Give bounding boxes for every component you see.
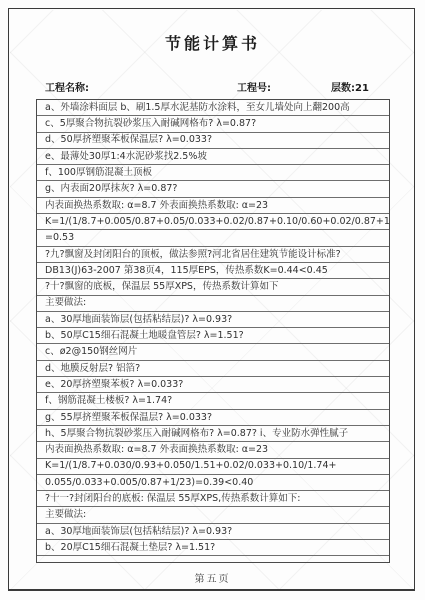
table-row: 主要做法: [37,507,389,523]
table-row: ?九?飘窗及封闭阳台的顶板，做法参照?河北省居住建筑节能设计标准? [37,247,389,263]
calculation-table: a、外墙涂料面层 b、刷1.5厚水泥基防水涂料，至女儿墙处向上翻200高c、5厚… [36,99,390,563]
table-row: d、50厚挤塑聚苯板保温层? λ=0.033? [37,133,389,149]
table-row: a、30厚地面装饰层(包括粘结层)? λ=0.93? [37,524,389,540]
floor-count-label: 层数:21 [331,79,369,94]
table-row: 主要做法: [37,296,389,312]
table-row [37,556,389,562]
table-row: K=1/(1/8.7+0.005/0.87+0.05/0.033+0.02/0.… [37,214,389,230]
table-row: f、100厚钢筋混凝土顶板 [37,165,389,181]
table-row: f、钢筋混凝土楼板? λ=1.74? [37,393,389,409]
table-row: c、5厚聚合物抗裂砂浆压入耐碱网格布? λ=0.87? [37,116,389,132]
table-row: g、55厚挤塑聚苯板保温层? λ=0.033? [37,410,389,426]
document-title: 节能计算书 [0,31,425,54]
table-row: a、外墙涂料面层 b、刷1.5厚水泥基防水涂料，至女儿墙处向上翻200高 [37,100,389,116]
table-row: K=1/(1/8.7+0.030/0.93+0.050/1.51+0.02/0.… [37,459,389,475]
table-row: c、ø2@150钢丝网片 [37,344,389,360]
table-row: d、地膜反射层? 铝箔? [37,361,389,377]
page-number: 第五页 [0,570,425,585]
table-row: 0.055/0.033+0.005/0.87+1/23)=0.39<0.40 [37,475,389,491]
table-row: DB13(J)63-2007 第38页4，115厚EPS，传热系数K=0.44<… [37,263,389,279]
table-row: b、50厚C15细石混凝土地暖盘管层? λ=1.51? [37,328,389,344]
table-row: a、30厚地面装饰层(包括粘结层)? λ=0.93? [37,312,389,328]
table-row: =0.53 [37,230,389,246]
table-row: b、20厚C15细石混凝土垫层? λ=1.51? [37,540,389,556]
table-row: e、最薄处30厚1:4水泥砂浆找2.5%坡 [37,149,389,165]
table-row: 内表面换热系数取: α=8.7 外表面换热系数取: α=23 [37,442,389,458]
table-row: ?十?飘窗的底板，保温层 55厚XPS，传热系数计算如下 [37,279,389,295]
table-row: e、20厚挤塑聚苯板? λ=0.033? [37,377,389,393]
table-row: 内表面换热系数取: α=8.7 外表面换热系数取: α=23 [37,198,389,214]
project-name-label: 工程名称: [45,79,89,94]
project-number-label: 工程号: [237,79,271,94]
table-row: g、内表面20厚抹灰? λ=0.87? [37,181,389,197]
table-row: ?十一?封闭阳台的底板: 保温层 55厚XPS,传热系数计算如下: [37,491,389,507]
table-row: h、5厚聚合物抗裂砂浆压入耐碱网格布? λ=0.87? i、专业防水弹性腻子 [37,426,389,442]
